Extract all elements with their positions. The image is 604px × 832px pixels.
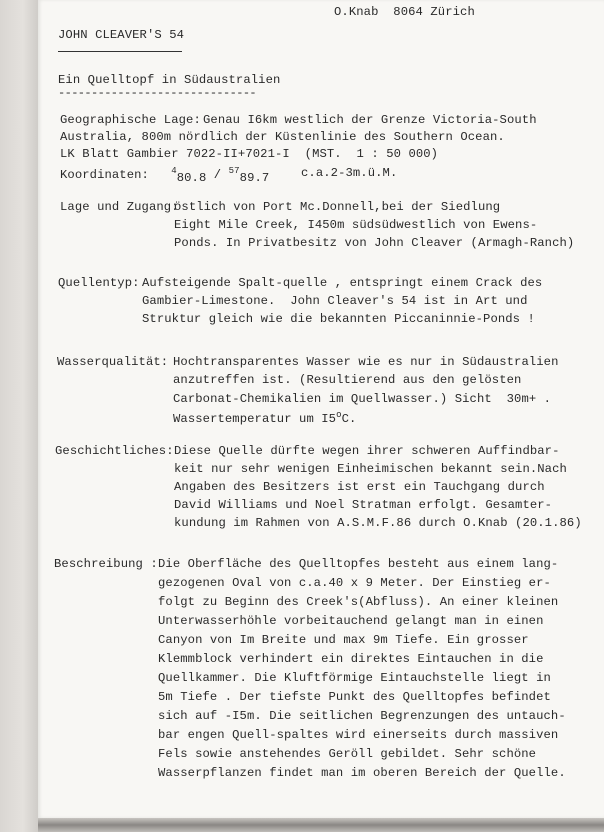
description-line: Quellkammer. Die Kluftförmige Eintauchst… <box>158 672 551 684</box>
spring-type-line: Struktur gleich wie die bekannten Piccan… <box>142 313 535 325</box>
description-label: Beschreibung : <box>54 558 158 570</box>
description-line: Unterwasserhöhle vorbeitauchend gelangt … <box>158 615 544 627</box>
description-line: folgt zu Beginn des Creek's(Abfluss). An… <box>158 596 558 608</box>
history-label: Geschichtliches: <box>55 445 174 457</box>
document-title: JOHN CLEAVER'S 54 <box>58 29 184 41</box>
coord-x-value: 80.8 <box>177 171 207 185</box>
geo-line: Genau I6km westlich der Grenze Victoria-… <box>203 114 537 126</box>
access-line: Eight Mile Creek, I450m südsüdwestlich v… <box>174 219 537 231</box>
page-bottom-shadow <box>38 818 604 832</box>
spring-type-line: Aufsteigende Spalt-quelle , entspringt e… <box>142 277 542 289</box>
access-label: Lage und Zugang: <box>60 201 179 213</box>
spring-type-label: Quellentyp: <box>58 277 140 289</box>
description-line: Die Oberfläche des Quelltopfes besteht a… <box>158 558 558 570</box>
history-line: keit nur sehr wenigen Einheimischen beka… <box>174 463 567 475</box>
coordinates-row: Koordinaten: 480.8 / 5789.7 <box>60 167 269 184</box>
description-line: 5m Tiefe . Der tiefste Punkt des Quellto… <box>158 691 551 703</box>
spring-type-line: Gambier-Limestone. John Cleaver's 54 ist… <box>142 295 528 307</box>
description-line: Canyon von Im Breite und max 9m Tiefe. E… <box>158 634 529 646</box>
coord-y-superscript: 57 <box>229 166 240 176</box>
description-line: bar engen Quell-spaltes wird einerseits … <box>158 729 558 741</box>
coordinates-label: Koordinaten: <box>60 168 149 182</box>
history-line: Diese Quelle dürfte wegen ihrer schweren… <box>174 445 560 457</box>
water-quality-line: Carbonat-Chemikalien im Quellwasser.) Si… <box>173 393 551 405</box>
water-temperature: Wassertemperatur um I5oC. <box>173 411 356 425</box>
description-line: Wasserpflanzen findet man im oberen Bere… <box>158 767 566 779</box>
temperature-unit: C. <box>342 412 357 426</box>
access-line: östlich von Port Mc.Donnell,bei der Sied… <box>174 201 500 213</box>
description-line: gezogenen Oval von c.a.40 x 9 Meter. Der… <box>158 577 551 589</box>
history-line: kundung im Rahmen von A.S.M.F.86 durch O… <box>174 517 582 529</box>
water-quality-line: Hochtransparentes Wasser wie es nur in S… <box>173 356 559 368</box>
geo-line: LK Blatt Gambier 7022-II+7021-I (MST. 1 … <box>60 148 438 160</box>
history-line: Angaben des Besitzers ist erst ein Tauch… <box>174 481 545 493</box>
title-underline <box>58 51 182 52</box>
history-line: David Williams und Noel Stratman erfolgt… <box>174 499 552 511</box>
temperature-text: Wassertemperatur um I5 <box>173 412 336 426</box>
access-line: Ponds. In Privatbesitz von John Cleaver … <box>174 237 574 249</box>
author-location: O.Knab 8064 Zürich <box>334 6 475 18</box>
document-subtitle: Ein Quelltopf in Südaustralien <box>58 74 280 86</box>
page-binding-edge <box>0 0 38 832</box>
water-quality-line: anzutreffen ist. (Resultierend aus den g… <box>173 374 521 386</box>
geo-line: Australia, 800m nördlich der Küstenlinie… <box>60 131 505 143</box>
coord-separator: / <box>206 168 228 182</box>
coord-y-value: 89.7 <box>240 171 270 185</box>
subtitle-underline: ------------------------------ <box>58 87 256 99</box>
water-quality-label: Wasserqualität: <box>57 356 168 368</box>
altitude: c.a.2-3m.ü.M. <box>301 167 397 179</box>
description-line: sich auf -I5m. Die seitlichen Begrenzung… <box>158 710 566 722</box>
geo-label: Geographische Lage: <box>60 114 201 126</box>
description-line: Fels sowie anstehendes Geröll gebildet. … <box>158 748 536 760</box>
description-line: Klemmblock verhindert ein direktes Einta… <box>158 653 544 665</box>
